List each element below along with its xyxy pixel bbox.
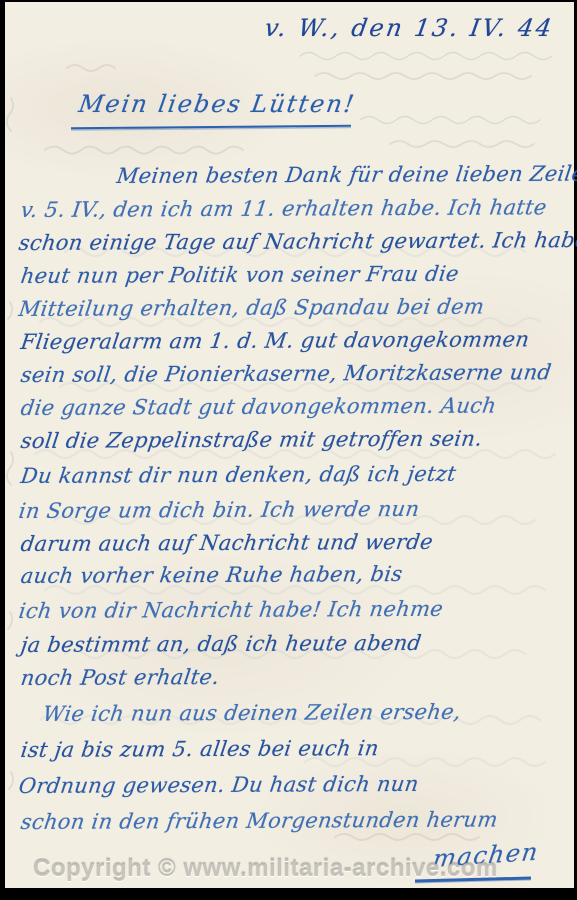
handwriting-line: v. 5. IV., den ich am 11. erhalten habe.…: [19, 193, 549, 224]
handwriting-line: Mitteilung erhalten, daß Spandau bei dem: [17, 293, 486, 323]
handwriting-line: Wie ich nun aus deinen Zeilen ersehe,: [41, 698, 463, 728]
handwriting-line: ich von dir Nachricht habe! Ich nehme: [17, 595, 445, 625]
handwriting-line: auch vorher keine Ruhe haben, bis: [19, 560, 404, 590]
handwriting-line: ja bestimmt an, daß ich heute abend: [19, 629, 423, 659]
handwriting-line: Ordnung gewesen. Du hast dich nun: [17, 770, 420, 800]
handwriting-line: schon in den frühen Morgenstunden herum: [19, 806, 500, 836]
handwriting-line: Du kannst dir nun denken, daß ich jetzt: [19, 460, 458, 490]
handwriting-line: sein soll, die Pionierkaserne, Moritzkas…: [19, 358, 553, 389]
handwriting-line: ist ja bis zum 5. alles bei euch in: [19, 734, 381, 764]
handwriting-line: heut nun per Politik von seiner Frau die: [19, 260, 461, 290]
salutation: Mein liebes Lütten!: [77, 90, 358, 118]
scanned-letter-photo: { "colors": { "ink_blue": "#2e5fa9", "in…: [0, 0, 577, 900]
handwriting-line: schon einige Tage auf Nachricht gewartet…: [17, 226, 577, 257]
handwriting-line: soll die Zeppelinstraße mit getroffen se…: [19, 425, 484, 455]
date-line: v. W., den 13. IV. 44: [263, 14, 556, 42]
handwriting-line: Fliegeralarm am 1. d. M. gut davongekomm…: [19, 325, 531, 356]
salutation-underline: [71, 125, 351, 129]
letter-ink-layer: v. W., den 13. IV. 44 Mein liebes Lütten…: [5, 2, 574, 888]
handwriting-line: in Sorge um dich bin. Ich werde nun: [17, 495, 421, 525]
watermark: Copyright © www.militaria-archive.com: [33, 855, 498, 883]
handwriting-line: die ganze Stadt gut davongekommen. Auch: [19, 392, 498, 422]
letter-page: v. W., den 13. IV. 44 Mein liebes Lütten…: [5, 2, 574, 888]
handwriting-line: darum auch auf Nachricht und werde: [19, 528, 435, 558]
handwriting-line: Meinen besten Dank für deine lieben Zeil…: [115, 159, 577, 190]
handwriting-line: noch Post erhalte.: [19, 663, 221, 692]
